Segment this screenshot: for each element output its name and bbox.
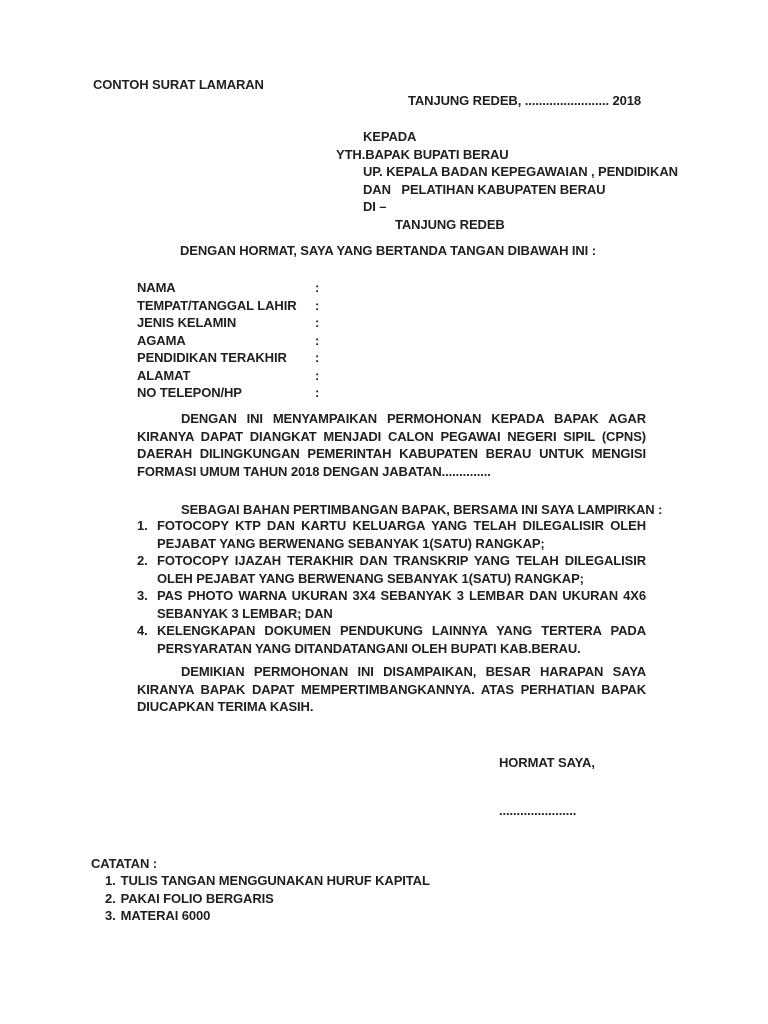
recipient-line-up: UP. KEPALA BADAN KEPEGAWAIAN , PENDIDIKA… [336, 163, 678, 181]
notes-heading: CATATAN : [91, 855, 157, 873]
identity-label: NO TELEPON/HP [137, 384, 315, 402]
attachment-item: 1. FOTOCOPY KTP DAN KARTU KELUARGA YANG … [137, 517, 646, 552]
identity-separator: : [315, 367, 319, 385]
identity-row-nama: NAMA : [137, 279, 657, 297]
attachment-item: 3. PAS PHOTO WARNA UKURAN 3X4 SEBANYAK 3… [137, 587, 646, 622]
identity-row-pendidikan: PENDIDIKAN TERAKHIR : [137, 349, 657, 367]
recipient-kepada: KEPADA [336, 128, 678, 146]
identity-row-ttl: TEMPAT/TANGGAL LAHIR : [137, 297, 657, 315]
note-number: 1. [105, 872, 121, 890]
attachment-number: 2. [137, 552, 157, 587]
document-title: CONTOH SURAT LAMARAN [93, 76, 264, 94]
signature-dots: ...................... [499, 802, 576, 820]
attachment-number: 4. [137, 622, 157, 657]
identity-separator: : [315, 332, 319, 350]
identity-separator: : [315, 349, 319, 367]
recipient-line-dan: DAN PELATIHAN KABUPATEN BERAU [336, 181, 678, 199]
identity-separator: : [315, 279, 319, 297]
attachment-text: FOTOCOPY KTP DAN KARTU KELUARGA YANG TEL… [157, 517, 646, 552]
note-number: 3. [105, 907, 121, 925]
attachment-item: 2. FOTOCOPY IJAZAH TERAKHIR DAN TRANSKRI… [137, 552, 646, 587]
attachment-text: FOTOCOPY IJAZAH TERAKHIR DAN TRANSKRIP Y… [157, 552, 646, 587]
identity-label: JENIS KELAMIN [137, 314, 315, 332]
identity-row-jenis-kelamin: JENIS KELAMIN : [137, 314, 657, 332]
note-text: MATERAI 6000 [121, 907, 211, 925]
recipient-line-yth: YTH.BAPAK BUPATI BERAU [336, 146, 678, 164]
recipient-line-di: DI – [336, 198, 678, 216]
identity-label: TEMPAT/TANGGAL LAHIR [137, 297, 315, 315]
identity-row-agama: AGAMA : [137, 332, 657, 350]
identity-row-telepon: NO TELEPON/HP : [137, 384, 657, 402]
attachment-item: 4. KELENGKAPAN DOKUMEN PENDUKUNG LAINNYA… [137, 622, 646, 657]
note-item: 1. TULIS TANGAN MENGGUNAKAN HURUF KAPITA… [105, 872, 430, 890]
salutation-line: DENGAN HORMAT, SAYA YANG BERTANDA TANGAN… [180, 242, 596, 260]
request-paragraph: DENGAN INI MENYAMPAIKAN PERMOHONAN KEPAD… [137, 410, 646, 480]
note-text: TULIS TANGAN MENGGUNAKAN HURUF KAPITAL [121, 872, 430, 890]
attachment-text: KELENGKAPAN DOKUMEN PENDUKUNG LAINNYA YA… [157, 622, 646, 657]
identity-fields: NAMA : TEMPAT/TANGGAL LAHIR : JENIS KELA… [137, 279, 657, 402]
attachment-number: 3. [137, 587, 157, 622]
attachment-text: PAS PHOTO WARNA UKURAN 3X4 SEBANYAK 3 LE… [157, 587, 646, 622]
attachments-list: 1. FOTOCOPY KTP DAN KARTU KELUARGA YANG … [137, 517, 646, 657]
closing-paragraph: DEMIKIAN PERMOHONAN INI DISAMPAIKAN, BES… [137, 663, 646, 716]
note-item: 3. MATERAI 6000 [105, 907, 430, 925]
identity-label: AGAMA [137, 332, 315, 350]
recipient-block: KEPADA YTH.BAPAK BUPATI BERAU UP. KEPALA… [336, 128, 678, 233]
note-text: PAKAI FOLIO BERGARIS [121, 890, 274, 908]
date-line: TANJUNG REDEB, ........................ … [408, 92, 641, 110]
signature-label: HORMAT SAYA, [499, 754, 595, 772]
identity-separator: : [315, 384, 319, 402]
identity-separator: : [315, 314, 319, 332]
attachments-intro: SEBAGAI BAHAN PERTIMBANGAN BAPAK, BERSAM… [181, 501, 662, 519]
identity-label: ALAMAT [137, 367, 315, 385]
identity-label: PENDIDIKAN TERAKHIR [137, 349, 315, 367]
letter-page: CONTOH SURAT LAMARAN TANJUNG REDEB, ....… [0, 0, 768, 1024]
recipient-line-city: TANJUNG REDEB [336, 216, 678, 234]
note-number: 2. [105, 890, 121, 908]
attachment-number: 1. [137, 517, 157, 552]
notes-list: 1. TULIS TANGAN MENGGUNAKAN HURUF KAPITA… [105, 872, 430, 925]
identity-row-alamat: ALAMAT : [137, 367, 657, 385]
identity-label: NAMA [137, 279, 315, 297]
note-item: 2. PAKAI FOLIO BERGARIS [105, 890, 430, 908]
identity-separator: : [315, 297, 319, 315]
